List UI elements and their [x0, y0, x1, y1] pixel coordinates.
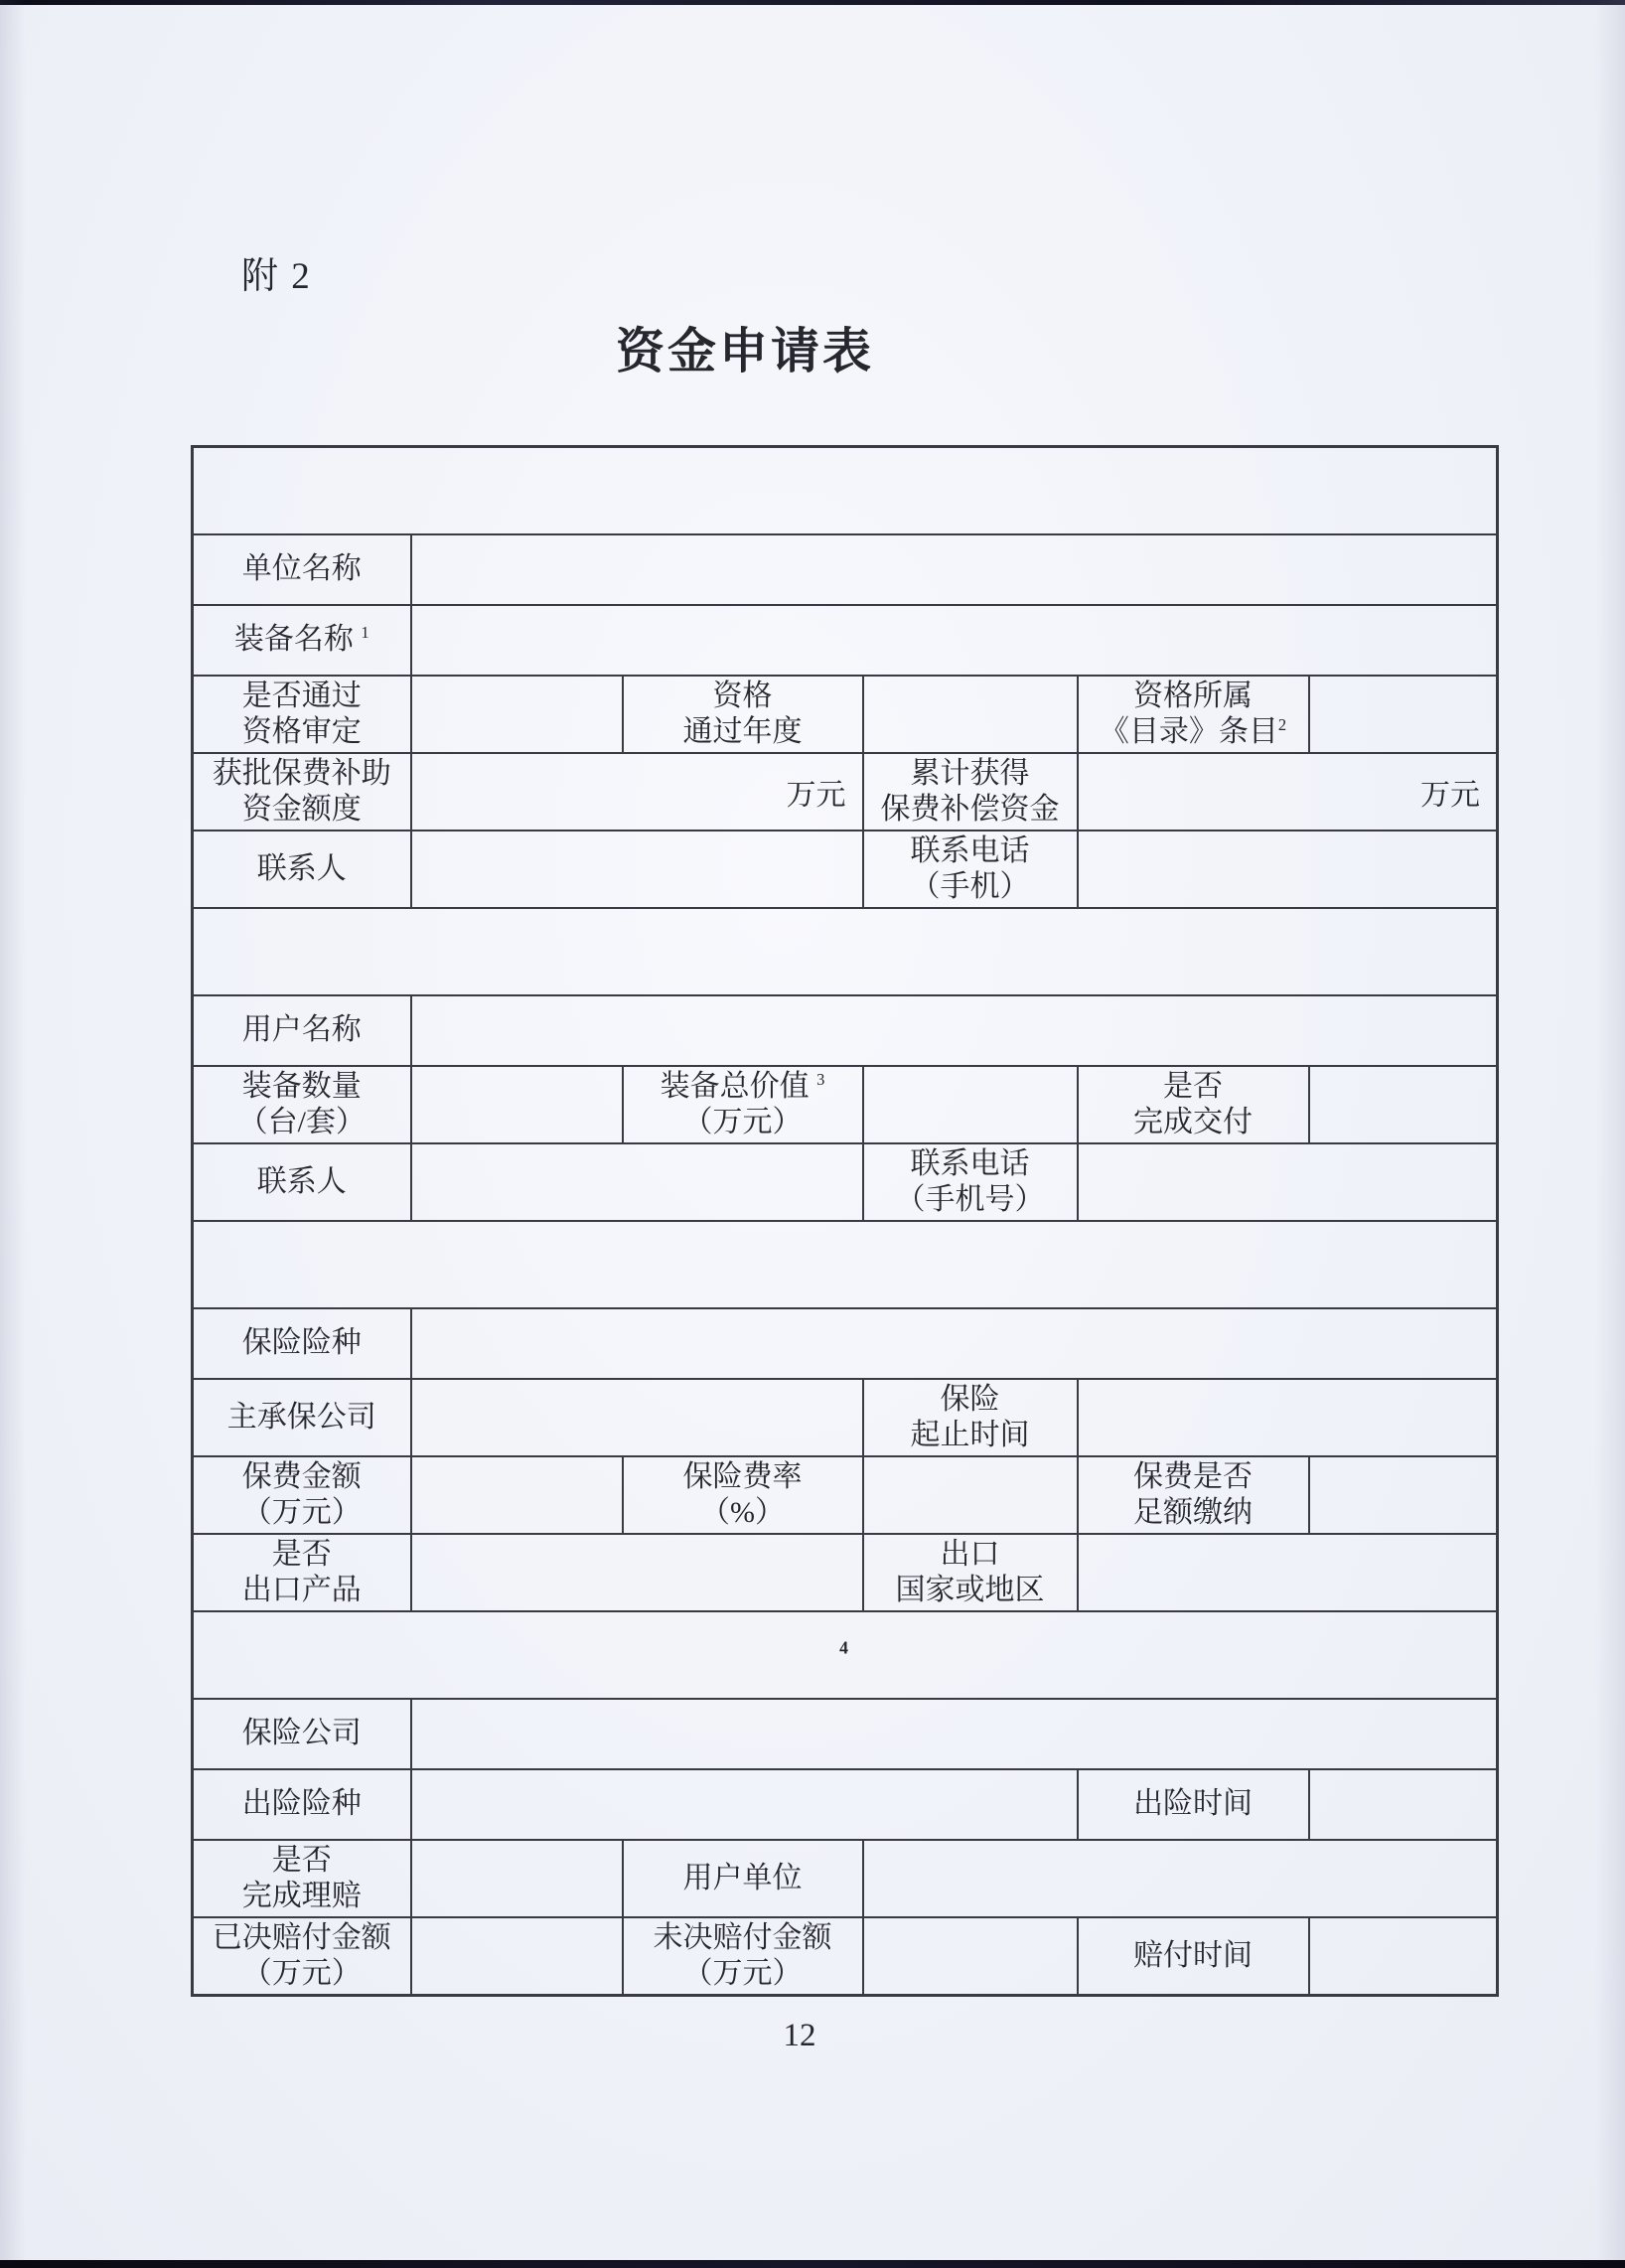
table-body: 单位名称装备名称 1是否通过 资格审定资格 通过年度资格所属 《目录》条目2获批…	[193, 447, 1498, 1996]
settled-compensation-label: 已决赔付金额 （万元）	[193, 1917, 411, 1996]
catalog-entry-label: 资格所属 《目录》条目2	[1078, 676, 1309, 753]
equipment-total-value-input	[863, 1066, 1078, 1143]
claim-user-unit-label: 用户单位	[623, 1840, 863, 1917]
delivery-completed-input	[1309, 1066, 1498, 1143]
unsettled-compensation-label: 未决赔付金额 （万元）	[623, 1917, 863, 1996]
cumulative-compensation-input: 万元	[1078, 753, 1498, 831]
claim-insurance-type-label: 出险险种	[193, 1769, 411, 1840]
approved-subsidy-amount-label: 获批保费补助 资金额度	[193, 753, 411, 831]
user-contact-phone-label: 联系电话 （手机号）	[863, 1143, 1078, 1221]
insurance-company-input	[411, 1699, 1498, 1769]
premium-rate-label: 保险费率 （%）	[623, 1456, 863, 1534]
premium-amount-label: 保费金额 （万元）	[193, 1456, 411, 1534]
premium-paid-in-full-input	[1309, 1456, 1498, 1534]
claim-user-unit-input	[863, 1840, 1498, 1917]
export-country-input	[1078, 1534, 1498, 1611]
qualification-year-input	[863, 676, 1078, 753]
user-contact-person-input	[411, 1143, 863, 1221]
insurance-company-label: 保险公司	[193, 1699, 411, 1769]
scan-edge-bottom	[0, 2260, 1625, 2268]
insurance-type-input	[411, 1308, 1498, 1379]
equipment-name-label: 装备名称 1	[193, 605, 411, 676]
contact-phone-input	[1078, 831, 1498, 908]
premium-amount-input	[411, 1456, 623, 1534]
user-contact-person-label: 联系人	[193, 1143, 411, 1221]
insurance-period-input	[1078, 1379, 1498, 1456]
qualification-year-label: 资格 通过年度	[623, 676, 863, 753]
user-name-label: 用户名称	[193, 995, 411, 1066]
equipment-quantity-label: 装备数量 （台/套）	[193, 1066, 411, 1143]
compensation-time-input	[1309, 1917, 1498, 1996]
contact-person-label: 联系人	[193, 831, 411, 908]
claim-time-label: 出险时间	[1078, 1769, 1309, 1840]
export-country-label: 出口 国家或地区	[863, 1534, 1078, 1611]
section-header-3	[193, 1221, 1498, 1308]
claim-settled-input	[411, 1840, 623, 1917]
qualification-passed-label: 是否通过 资格审定	[193, 676, 411, 753]
approved-subsidy-amount-input: 万元	[411, 753, 863, 831]
unit-label: 万元	[787, 779, 846, 812]
equipment-quantity-input	[411, 1066, 623, 1143]
delivery-completed-label: 是否 完成交付	[1078, 1066, 1309, 1143]
unit-name-input	[411, 534, 1498, 605]
section-header-4: 4	[193, 1611, 1498, 1699]
attachment-label: 附 2	[241, 245, 312, 299]
insurance-period-label: 保险 起止时间	[863, 1379, 1078, 1456]
scan-edge-top	[0, 0, 1625, 5]
export-product-input	[411, 1534, 863, 1611]
cumulative-compensation-label: 累计获得 保费补偿资金	[863, 753, 1078, 831]
premium-paid-in-full-label: 保费是否 足额缴纳	[1078, 1456, 1309, 1534]
section-header-2	[193, 908, 1498, 995]
unit-name-label: 单位名称	[193, 534, 411, 605]
page-number: 12	[0, 2018, 1599, 2054]
claim-settled-label: 是否 完成理赔	[193, 1840, 411, 1917]
contact-person-input	[411, 831, 863, 908]
user-name-input	[411, 995, 1498, 1066]
main-insurer-label: 主承保公司	[193, 1379, 411, 1456]
fund-application-table: 单位名称装备名称 1是否通过 资格审定资格 通过年度资格所属 《目录》条目2获批…	[191, 445, 1499, 1997]
equipment-total-value-label: 装备总价值 3 （万元）	[623, 1066, 863, 1143]
unsettled-compensation-input	[863, 1917, 1078, 1996]
equipment-name-input	[411, 605, 1498, 676]
section-header-1	[193, 447, 1498, 534]
claim-insurance-type-input	[411, 1769, 1078, 1840]
contact-phone-label: 联系电话 （手机）	[863, 831, 1078, 908]
export-product-label: 是否 出口产品	[193, 1534, 411, 1611]
settled-compensation-input	[411, 1917, 623, 1996]
scan-shade-right	[1595, 0, 1625, 2268]
scanned-document-page: { "page": { "attachment_label": "附 2", "…	[0, 0, 1625, 2268]
insurance-type-label: 保险险种	[193, 1308, 411, 1379]
compensation-time-label: 赔付时间	[1078, 1917, 1309, 1996]
user-contact-phone-input	[1078, 1143, 1498, 1221]
main-insurer-input	[411, 1379, 863, 1456]
qualification-passed-input	[411, 676, 623, 753]
page-title: 资金申请表	[0, 313, 1490, 382]
catalog-entry-input	[1309, 676, 1498, 753]
claim-time-input	[1309, 1769, 1498, 1840]
unit-label: 万元	[1420, 779, 1480, 812]
premium-rate-input	[863, 1456, 1078, 1534]
